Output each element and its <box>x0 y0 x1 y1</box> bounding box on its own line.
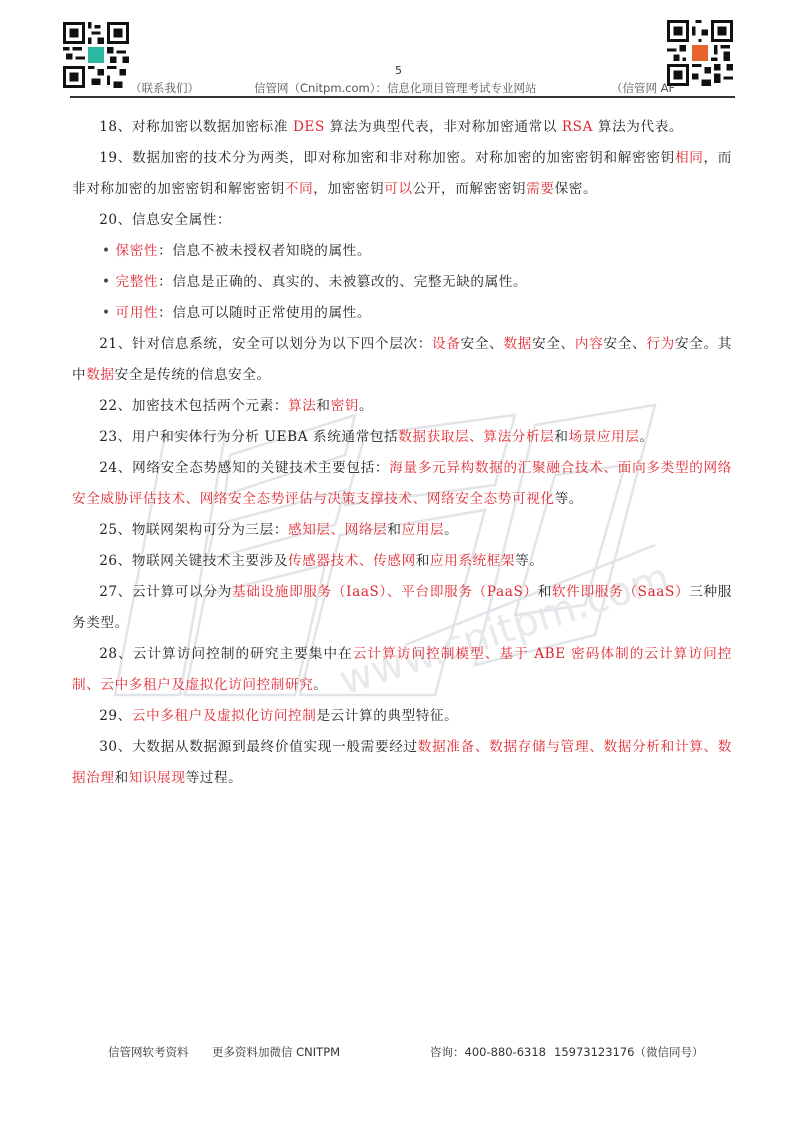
body-text: 等过程。 <box>186 770 243 786</box>
footer-materials-label: 信管网软考资料 <box>108 1044 189 1060</box>
list-item-27: 27、云计算可以分为基础设施即服务（IaaS）、平台即服务（PaaS）和软件即服… <box>72 577 732 639</box>
qr-code-contact-icon <box>63 22 129 88</box>
highlight-term: 应用系统框架 <box>430 553 515 569</box>
body-text: 安全、 <box>604 336 647 352</box>
highlight-term: 知识展现 <box>129 770 186 786</box>
footer-mobile-phone: 15973123176（微信同号） <box>554 1044 703 1060</box>
qr-code-app-icon <box>667 20 733 86</box>
body-text: 。 <box>313 677 327 693</box>
body-text: ，加密密钥 <box>313 181 384 197</box>
body-text: ：信息不被未授权者知晓的属性。 <box>158 243 371 259</box>
highlight-term: 基础设施即服务（IaaS）、平台即服务（PaaS） <box>232 584 538 600</box>
highlight-term: 密钥 <box>331 398 359 414</box>
list-item-23: 23、用户和实体行为分析 UEBA 系统通常包括数据获取层、算法分析层和场景应用… <box>72 422 732 453</box>
body-text: 安全是传统的信息安全。 <box>115 367 271 383</box>
list-item-bullet: 可用性：信息可以随时正常使用的属性。 <box>72 298 732 329</box>
list-item-20: 20、信息安全属性： <box>72 205 732 236</box>
body-text: 22、加密技术包括两个元素： <box>99 398 288 414</box>
site-title: 信管网（Cnitpm.com）：信息化项目管理考试专业网站 <box>254 80 537 96</box>
highlight-term: 内容 <box>575 336 604 352</box>
highlight-term: 相同 <box>675 150 704 166</box>
list-item-bullet: 完整性：信息是正确的、真实的、未被篡改的、完整无缺的属性。 <box>72 267 732 298</box>
highlight-term: 行为 <box>646 336 675 352</box>
highlight-term: 设备 <box>432 336 461 352</box>
body-text: 等。 <box>515 553 543 569</box>
list-item-28: 28、云计算访问控制的研究主要集中在云计算访问控制模型、基于 ABE 密码体制的… <box>72 639 732 701</box>
body-text: 30、大数据从数据源到最终价值实现一般需要经过 <box>99 739 418 755</box>
body-text: 公开，而解密密钥 <box>413 181 527 197</box>
body-text: 和 <box>316 398 330 414</box>
body-text: 21、针对信息系统，安全可以划分为以下四个层次： <box>99 336 432 352</box>
body-text: 。 <box>640 429 654 445</box>
body-text: 算法为代表。 <box>593 119 683 135</box>
list-item-30: 30、大数据从数据源到最终价值实现一般需要经过数据准备、数据存储与管理、数据分析… <box>72 732 732 794</box>
list-item-22: 22、加密技术包括两个元素：算法和密钥。 <box>72 391 732 422</box>
body-text: 27、云计算可以分为 <box>99 584 232 600</box>
list-item-25: 25、物联网架构可分为三层：感知层、网络层和应用层。 <box>72 515 732 546</box>
list-item-19: 19、数据加密的技术分为两类，即对称加密和非对称加密。对称加密的加密密钥和解密密… <box>72 143 732 205</box>
contact-us-label: （联系我们） <box>130 80 199 96</box>
highlight-term: RSA <box>562 119 593 135</box>
highlight-term: 场景应用层 <box>569 429 640 445</box>
body-text: 等。 <box>555 491 583 507</box>
list-item-26: 26、物联网关键技术主要涉及传感器技术、传感网和应用系统框架等。 <box>72 546 732 577</box>
list-item-18: 18、对称加密以数据加密标准 DES 算法为典型代表，非对称加密通常以 RSA … <box>72 112 732 143</box>
page-number: 5 <box>395 64 402 77</box>
body-text: 和 <box>115 770 129 786</box>
body-text: 20、信息安全属性： <box>99 212 231 228</box>
highlight-term: 算法 <box>288 398 316 414</box>
body-text: 28、云计算访问控制的研究主要集中在 <box>99 646 353 662</box>
list-item-bullet: 保密性：信息不被未授权者知晓的属性。 <box>72 236 732 267</box>
highlight-term: 传感器技术、传感网 <box>288 553 416 569</box>
body-text: 24、网络安全态势感知的关键技术主要包括： <box>99 460 389 476</box>
body-text: 和 <box>538 584 552 600</box>
body-text: 29、 <box>99 708 132 724</box>
footer-consult-phone: 咨询：400-880-6318 <box>430 1044 546 1060</box>
list-item-24: 24、网络安全态势感知的关键技术主要包括：海量多元异构数据的汇聚融合技术、面向多… <box>72 453 732 515</box>
body-text: 安全、 <box>461 336 504 352</box>
highlight-term: 可以 <box>384 181 412 197</box>
highlight-term: 不同 <box>285 181 313 197</box>
header-divider <box>70 96 735 98</box>
body-text: 和 <box>416 553 430 569</box>
highlight-term: 软件即服务（SaaS） <box>552 584 689 600</box>
body-text: ：信息可以随时正常使用的属性。 <box>158 305 371 321</box>
highlight-term: 可用性 <box>116 305 159 321</box>
body-text: 和 <box>554 429 568 445</box>
highlight-term: 感知层、网络层 <box>288 522 387 538</box>
highlight-term: 保密性 <box>116 243 159 259</box>
highlight-term: 完整性 <box>116 274 159 290</box>
highlight-term: 数据 <box>86 367 114 383</box>
body-text: 。 <box>359 398 373 414</box>
body-text: 23、用户和实体行为分析 UEBA 系统通常包括 <box>99 429 398 445</box>
body-text: 安全、 <box>532 336 575 352</box>
highlight-term: 需要 <box>526 181 554 197</box>
body-text: 19、数据加密的技术分为两类，即对称加密和非对称加密。对称加密的加密密钥和解密密… <box>99 150 675 166</box>
body-text: 是云计算的典型特征。 <box>316 708 458 724</box>
body-text: 26、物联网关键技术主要涉及 <box>99 553 288 569</box>
app-label: （信管网 AF <box>611 80 675 96</box>
highlight-term: 数据 <box>503 336 532 352</box>
body-text: 。 <box>444 522 458 538</box>
highlight-term: DES <box>293 119 325 135</box>
body-text: 18、对称加密以数据加密标准 <box>99 119 293 135</box>
body-text: 保密。 <box>555 181 598 197</box>
body-text: ：信息是正确的、真实的、未被篡改的、完整无缺的属性。 <box>158 274 527 290</box>
highlight-term: 应用层 <box>402 522 445 538</box>
highlight-term: 云中多租户及虚拟化访问控制 <box>132 708 317 724</box>
body-text: 25、物联网架构可分为三层： <box>99 522 288 538</box>
document-body: 18、对称加密以数据加密标准 DES 算法为典型代表，非对称加密通常以 RSA … <box>72 112 732 794</box>
footer-wechat-label: 更多资料加微信 CNITPM <box>212 1044 340 1060</box>
highlight-term: 数据获取层、算法分析层 <box>398 429 554 445</box>
list-item-29: 29、云中多租户及虚拟化访问控制是云计算的典型特征。 <box>72 701 732 732</box>
list-item-21: 21、针对信息系统，安全可以划分为以下四个层次：设备安全、数据安全、内容安全、行… <box>72 329 732 391</box>
body-text: 算法为典型代表，非对称加密通常以 <box>325 119 562 135</box>
body-text: 和 <box>387 522 401 538</box>
